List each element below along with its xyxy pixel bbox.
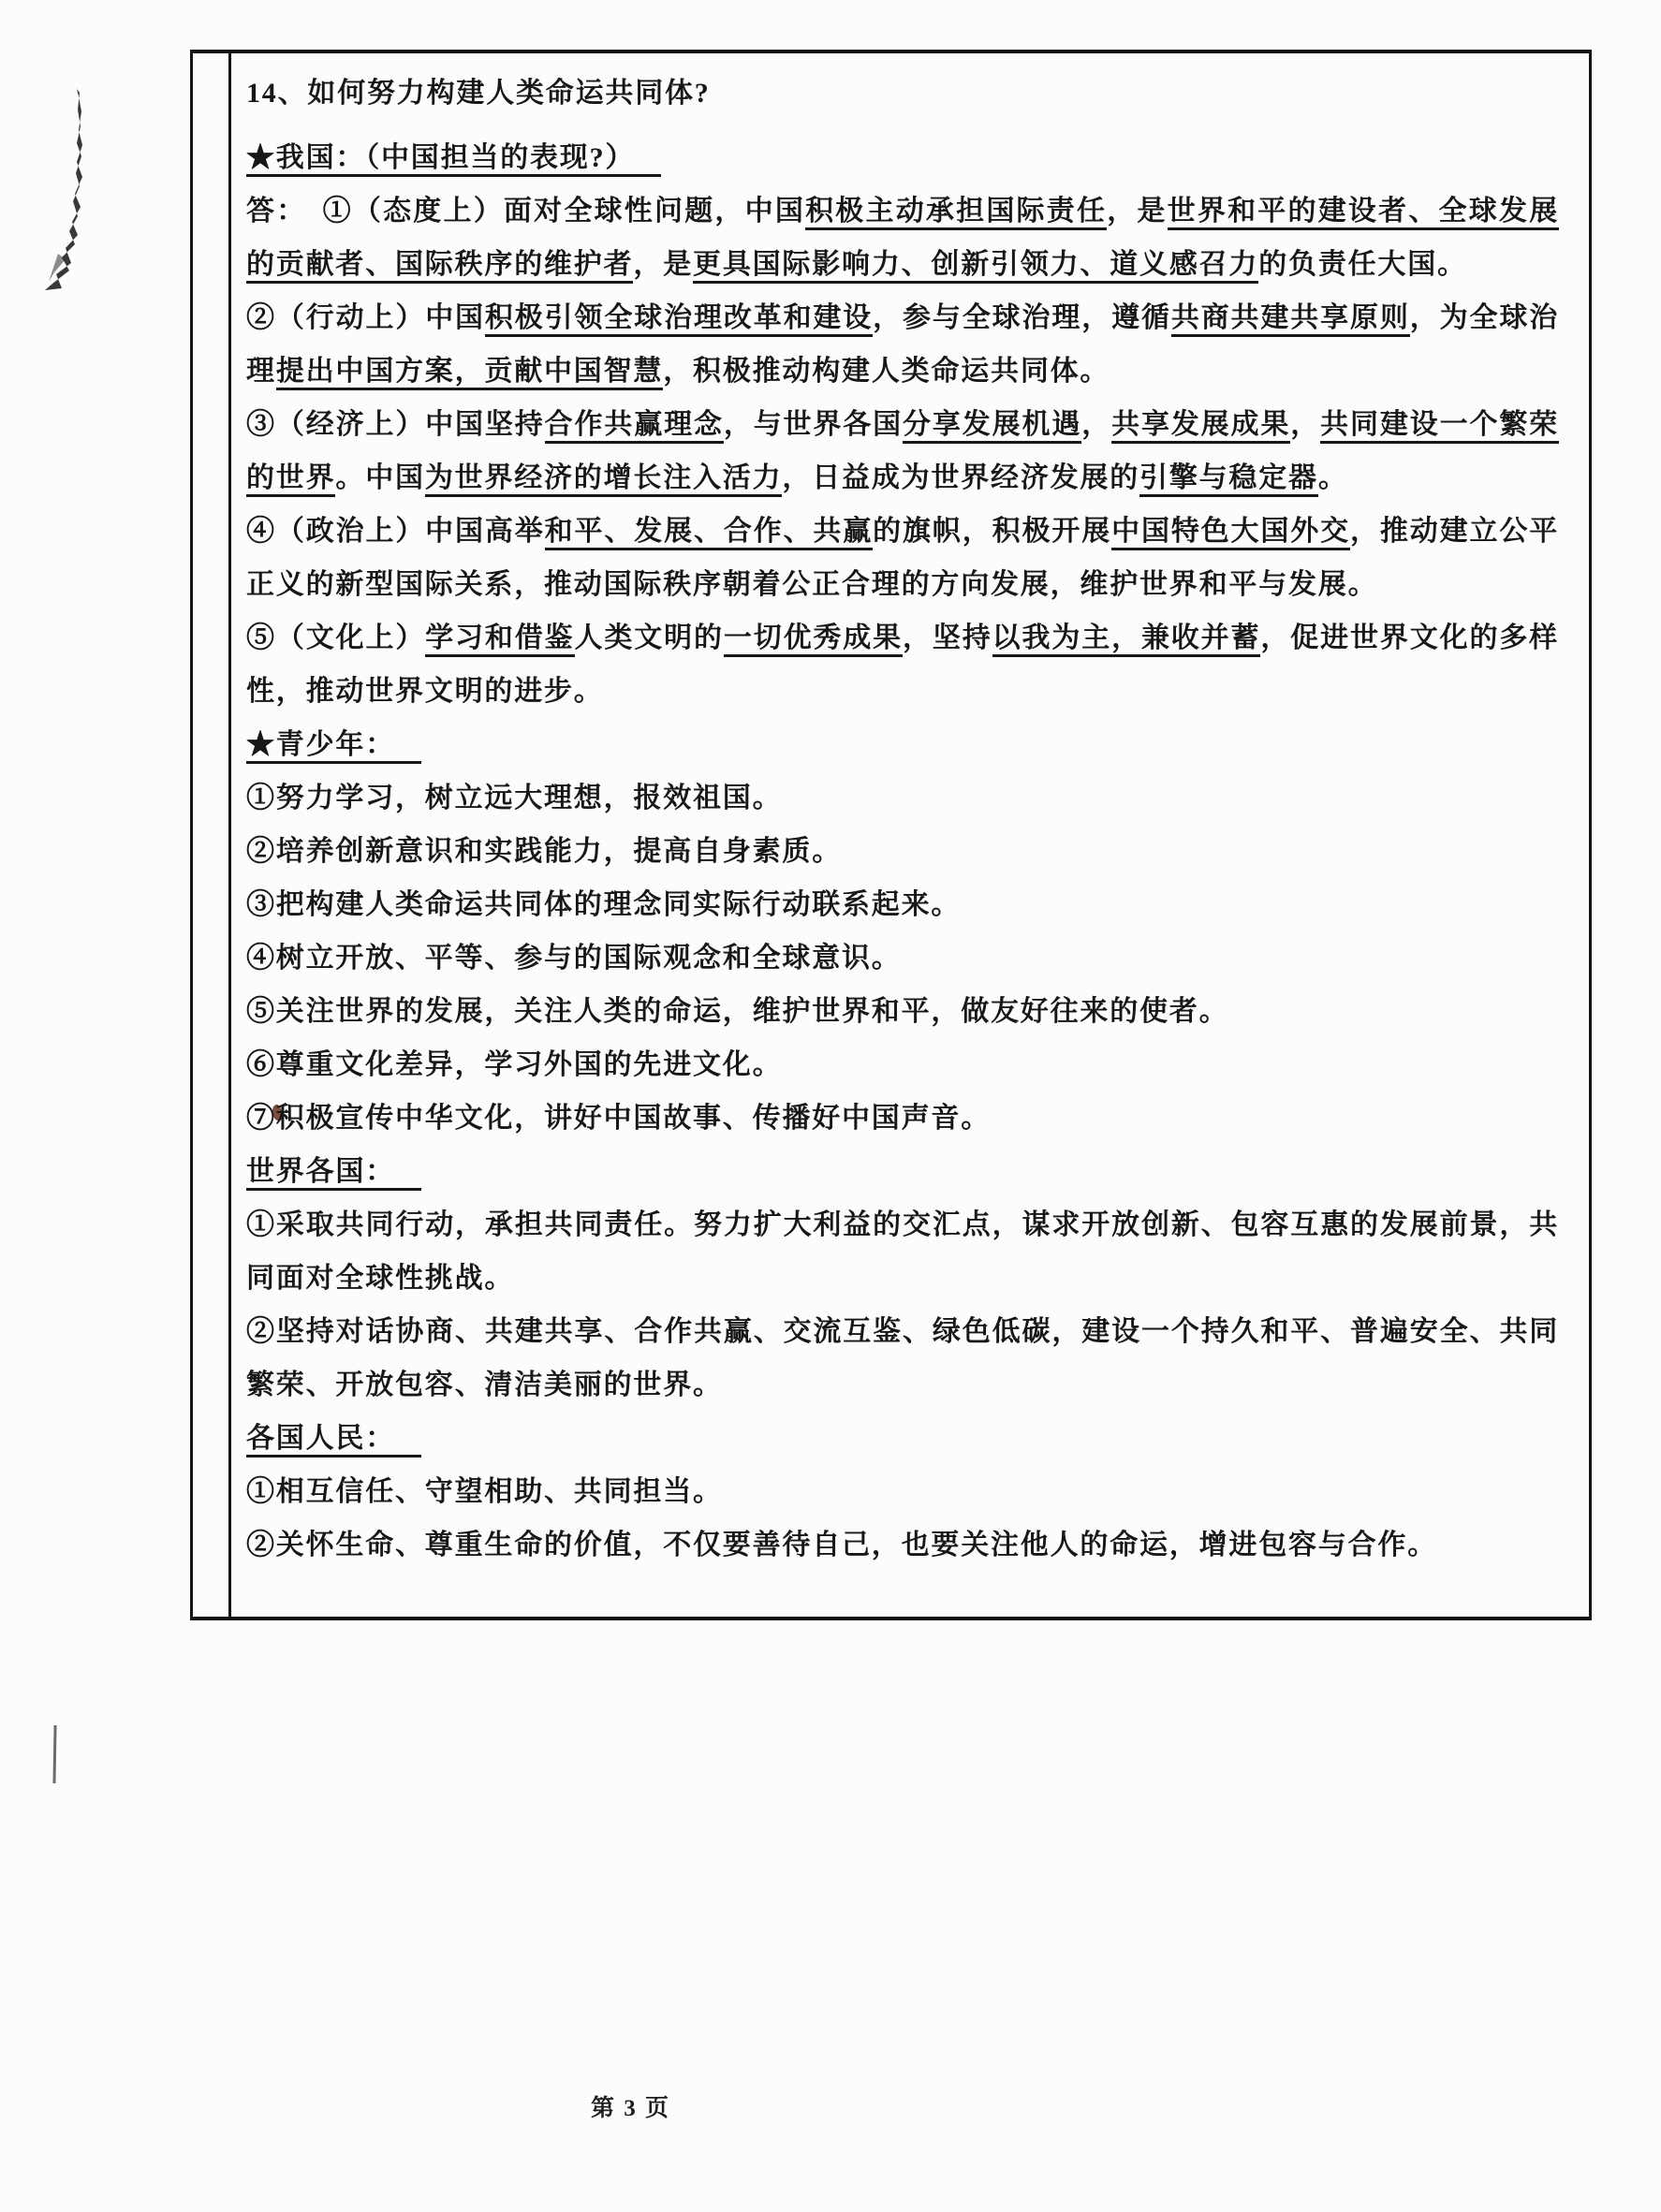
underlined-text: 共商共建共享原则 [1171, 302, 1410, 337]
text-run: ④（政治上）中国高举 [246, 516, 545, 547]
text-run: ，日益成为世界经济发展的 [782, 462, 1139, 493]
text-run: ⑤（文化上） [246, 623, 425, 653]
text-run: 的负责任大国。 [1258, 249, 1467, 280]
underlined-text: 分享发展机遇 [903, 409, 1081, 444]
answer-point-2-action: ②（行动上）中国积极引领全球治理改革和建设，参与全球治理，遵循共商共建共享原则，… [246, 291, 1559, 398]
underlined-text: ★青少年： [246, 729, 421, 764]
underlined-text: 积极主动承担国际责任 [805, 196, 1107, 230]
answer-point-3-economy: ③（经济上）中国坚持合作共赢理念，与世界各国分享发展机遇，共享发展成果，共同建设… [246, 398, 1559, 505]
text-run: ⑤关注世界的发展，关注人类的命运，维护世界和平，做友好往来的使者。 [246, 996, 1228, 1027]
text-run: ，与世界各国 [724, 409, 903, 440]
underlined-text: 学习和借鉴 [425, 623, 574, 657]
ink-smudge-artifact [34, 89, 94, 290]
text-run: ，参与全球治理，遵循 [873, 302, 1171, 333]
heading-our-country: ★我国：（中国担当的表现?） [246, 131, 1559, 184]
table-right-border [1589, 50, 1592, 1620]
underlined-text: 以我为主，兼收并蓄 [992, 623, 1261, 657]
youth-point-6: ⑥尊重文化差异，学习外国的先进文化。 [246, 1038, 1559, 1091]
text-run: ，积极推动构建人类命运共同体。 [663, 356, 1110, 387]
peoples-point-2: ②关怀生命、尊重生命的价值，不仅要善待自己，也要关注他人的命运，增进包容与合作。 [246, 1518, 1559, 1572]
answer-body: 14、如何努力构建人类命运共同体?★我国：（中国担当的表现?）答： ①（态度上）… [231, 53, 1589, 1572]
answer-point-5-culture: ⑤（文化上）学习和借鉴人类文明的一切优秀成果，坚持以我为主，兼收并蓄，促进世界文… [246, 611, 1559, 718]
text-run: 。 [1318, 462, 1348, 493]
underlined-text: ★我国：（中国担当的表现?） [246, 142, 661, 177]
youth-point-7: ⑦积极宣传中华文化，讲好中国故事、传播好中国声音。 [246, 1091, 1559, 1145]
underlined-text: 积极引领全球治理改革和建设 [485, 302, 873, 337]
underlined-text: 和平、发展、合作、共赢 [545, 516, 874, 550]
text-run: ⑦积极宣传中华文化，讲好中国故事、传播好中国声音。 [246, 1103, 991, 1134]
text-run: ④树立开放、平等、参与的国际观念和全球意识。 [246, 943, 902, 974]
text-run: ①努力学习，树立远大理想，报效祖国。 [246, 783, 782, 813]
text-run: ， [1081, 409, 1111, 440]
scanned-document-page: 14、如何努力构建人类命运共同体?★我国：（中国担当的表现?）答： ①（态度上）… [0, 0, 1661, 2212]
text-run: ⑥尊重文化差异，学习外国的先进文化。 [246, 1049, 782, 1080]
text-run: ②坚持对话协商、共建共享、合作共赢、交流互鉴、绿色低碳，建设一个持久和平、普遍安… [246, 1316, 1559, 1400]
underlined-text: 各国人民： [246, 1423, 421, 1458]
question-title: 14、如何努力构建人类命运共同体? [246, 66, 1559, 120]
text-run: 14、如何努力构建人类命运共同体? [246, 78, 711, 109]
underlined-text: 中国特色大国外交 [1111, 516, 1350, 550]
text-run: 。中国 [335, 462, 424, 493]
table-left-outer-border [190, 50, 193, 1620]
underlined-text: 为世界经济的增长注入活力 [425, 462, 783, 497]
youth-point-3: ③把构建人类命运共同体的理念同实际行动联系起来。 [246, 878, 1559, 931]
heading-peoples: 各国人民： [246, 1412, 1559, 1465]
text-run: ②关怀生命、尊重生命的价值，不仅要善待自己，也要关注他人的命运，增进包容与合作。 [246, 1530, 1437, 1560]
table-bottom-border [190, 1617, 1592, 1620]
text-run: ，坚持 [903, 623, 992, 653]
text-run: 的旗帜，积极开展 [873, 516, 1111, 547]
underlined-text: 一切优秀成果 [724, 623, 903, 657]
text-run: ①相互信任、守望相助、共同担当。 [246, 1476, 723, 1507]
world-point-2: ②坚持对话协商、共建共享、合作共赢、交流互鉴、绿色低碳，建设一个持久和平、普遍安… [246, 1305, 1559, 1412]
heading-youth: ★青少年： [246, 718, 1559, 771]
text-run: ③（经济上）中国坚持 [246, 409, 545, 440]
world-point-1: ①采取共同行动，承担共同责任。努力扩大利益的交汇点，谋求开放创新、包容互惠的发展… [246, 1198, 1559, 1305]
underlined-text: 共享发展成果 [1111, 409, 1290, 444]
text-run: ②培养创新意识和实践能力，提高自身素质。 [246, 836, 842, 867]
underlined-text: 更具国际影响力、创新引领力、道义感召力 [693, 249, 1258, 284]
youth-point-4: ④树立开放、平等、参与的国际观念和全球意识。 [246, 931, 1559, 985]
text-run: ，是 [1107, 196, 1167, 227]
peoples-point-1: ①相互信任、守望相助、共同担当。 [246, 1465, 1559, 1518]
scan-line-artifact [52, 1725, 56, 1783]
text-run: ③把构建人类命运共同体的理念同实际行动联系起来。 [246, 889, 961, 920]
text-run: ②（行动上）中国 [246, 302, 485, 333]
text-run: ， [1290, 409, 1320, 440]
text-run: 人类文明的 [575, 623, 724, 653]
text-run: ①采取共同行动，承担共同责任。努力扩大利益的交汇点，谋求开放创新、包容互惠的发展… [246, 1209, 1559, 1294]
youth-point-2: ②培养创新意识和实践能力，提高自身素质。 [246, 825, 1559, 878]
underlined-text: 世界各国： [246, 1156, 421, 1191]
answer-point-4-politics: ④（政治上）中国高举和平、发展、合作、共赢的旗帜，积极开展中国特色大国外交，推动… [246, 505, 1559, 611]
underlined-text: 提出中国方案，贡献中国智慧 [276, 356, 663, 390]
youth-point-5: ⑤关注世界的发展，关注人类的命运，维护世界和平，做友好往来的使者。 [246, 985, 1559, 1038]
page-number: 第 3 页 [591, 2089, 670, 2123]
answer-point-1-attitude: 答： ①（态度上）面对全球性问题，中国积极主动承担国际责任，是世界和平的建设者、… [246, 184, 1559, 291]
text-run: ，是 [633, 249, 693, 280]
text-run: 答： ①（态度上）面对全球性问题，中国 [246, 196, 805, 227]
underlined-text: 引擎与稳定器 [1139, 462, 1318, 497]
youth-point-1: ①努力学习，树立远大理想，报效祖国。 [246, 771, 1559, 825]
heading-world-countries: 世界各国： [246, 1145, 1559, 1198]
underlined-text: 合作共赢理念 [545, 409, 724, 444]
